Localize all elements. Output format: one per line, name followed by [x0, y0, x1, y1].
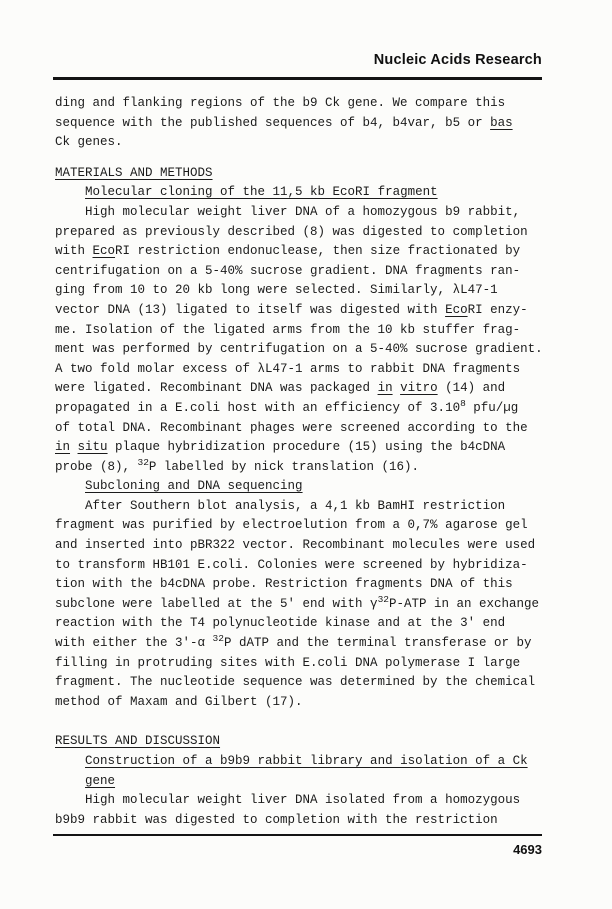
text-line: subclone were labelled at the 5' end wit… — [55, 595, 555, 615]
text-segment: and inserted into pBR322 vector. Recombi… — [55, 538, 535, 552]
text-line: Subcloning and DNA sequencing — [55, 477, 555, 497]
text-segment: propagated in a E.coli host with an effi… — [55, 401, 460, 415]
text-segment: pfu/µg — [466, 401, 519, 415]
text-segment: ment was performed by centrifugation on … — [55, 342, 543, 356]
text-segment: RI enzy- — [468, 303, 528, 317]
text-line: reaction with the T4 polynucleotide kina… — [55, 614, 555, 634]
text-line: sequence with the published sequences of… — [55, 114, 555, 134]
text-segment: High molecular weight liver DNA isolated… — [55, 793, 520, 807]
text-segment: Subcloning and DNA sequencing — [85, 479, 303, 493]
text-segment: with either the 3'-α — [55, 636, 213, 650]
text-segment: in — [378, 381, 393, 395]
text-line: b9b9 rabbit was digested to completion w… — [55, 811, 555, 831]
text-line: After Southern blot analysis, a 4,1 kb B… — [55, 497, 555, 517]
text-line: fragment was purified by electroelution … — [55, 516, 555, 536]
text-segment: gene — [85, 774, 115, 788]
text-line: centrifugation on a 5-40% sucrose gradie… — [55, 262, 555, 282]
header-rule — [53, 77, 542, 80]
text-line: Construction of a b9b9 rabbit library an… — [55, 752, 555, 772]
text-segment: plaque hybridization procedure (15) usin… — [108, 440, 506, 454]
text-segment: RESULTS AND DISCUSSION — [55, 734, 220, 748]
text-segment: P labelled by nick translation (16). — [149, 460, 419, 474]
text-segment: Eco — [445, 303, 468, 317]
text-line: ding and flanking regions of the b9 Ck g… — [55, 94, 555, 114]
text-line: gene — [55, 772, 555, 792]
text-segment: b9b9 rabbit was digested to completion w… — [55, 813, 498, 827]
text-body: ding and flanking regions of the b9 Ck g… — [55, 94, 555, 830]
text-line: RESULTS AND DISCUSSION — [55, 732, 555, 752]
text-line: High molecular weight liver DNA isolated… — [55, 791, 555, 811]
text-segment: centrifugation on a 5-40% sucrose gradie… — [55, 264, 520, 278]
text-segment: fragment was purified by electroelution … — [55, 518, 528, 532]
footer-rule — [53, 834, 542, 836]
text-line: of total DNA. Recombinant phages were sc… — [55, 419, 555, 439]
text-segment: P dATP and the terminal transferase or b… — [224, 636, 532, 650]
text-line: method of Maxam and Gilbert (17). — [55, 693, 555, 713]
text-line: in situ plaque hybridization procedure (… — [55, 438, 555, 458]
text-segment: Ck genes. — [55, 135, 123, 149]
text-line: and inserted into pBR322 vector. Recombi… — [55, 536, 555, 556]
text-segment: A two fold molar excess of λL47-1 arms t… — [55, 362, 520, 376]
text-line: tion with the b4cDNA probe. Restriction … — [55, 575, 555, 595]
text-line: filling in protruding sites with E.coli … — [55, 654, 555, 674]
text-segment: of total DNA. Recombinant phages were sc… — [55, 421, 528, 435]
text-segment: High molecular weight liver DNA of a hom… — [55, 205, 520, 219]
text-segment: subclone were labelled at the 5' end wit… — [55, 597, 378, 611]
text-segment: probe (8), — [55, 460, 138, 474]
text-line: with either the 3'-α 32P dATP and the te… — [55, 634, 555, 654]
text-segment: After Southern blot analysis, a 4,1 kb B… — [55, 499, 505, 513]
text-segment: prepared as previously described (8) was… — [55, 225, 528, 239]
text-segment: P-ATP in an exchange — [389, 597, 539, 611]
text-segment — [55, 479, 85, 493]
text-segment: method of Maxam and Gilbert (17). — [55, 695, 303, 709]
text-line: Molecular cloning of the 11,5 kb EcoRI f… — [55, 183, 555, 203]
text-segment — [393, 381, 401, 395]
text-line: ging from 10 to 20 kb long were selected… — [55, 281, 555, 301]
text-segment: with — [55, 244, 93, 258]
page-number: 4693 — [53, 842, 542, 857]
text-segment: filling in protruding sites with E.coli … — [55, 656, 520, 670]
text-line: ment was performed by centrifugation on … — [55, 340, 555, 360]
text-segment: Construction of a b9b9 rabbit library an… — [85, 754, 528, 768]
text-line: Ck genes. — [55, 133, 555, 153]
text-segment: Molecular cloning of the 11,5 kb EcoRI f… — [85, 185, 438, 199]
text-line: A two fold molar excess of λL47-1 arms t… — [55, 360, 555, 380]
text-segment: were ligated. Recombinant DNA was packag… — [55, 381, 378, 395]
text-line: MATERIALS AND METHODS — [55, 164, 555, 184]
text-segment: to transform HB101 E.coli. Colonies were… — [55, 558, 528, 572]
text-line: probe (8), 32P labelled by nick translat… — [55, 458, 555, 478]
text-segment: RI restriction endonuclease, then size f… — [115, 244, 520, 258]
text-segment — [55, 754, 85, 768]
text-segment: in — [55, 440, 70, 454]
text-line: prepared as previously described (8) was… — [55, 223, 555, 243]
text-segment: fragment. The nucleotide sequence was de… — [55, 675, 535, 689]
text-line: were ligated. Recombinant DNA was packag… — [55, 379, 555, 399]
text-segment — [70, 440, 78, 454]
text-line: with EcoRI restriction endonuclease, the… — [55, 242, 555, 262]
text-segment: (14) and — [438, 381, 506, 395]
text-line: High molecular weight liver DNA of a hom… — [55, 203, 555, 223]
text-segment: MATERIALS AND METHODS — [55, 166, 213, 180]
text-line: to transform HB101 E.coli. Colonies were… — [55, 556, 555, 576]
text-segment: tion with the b4cDNA probe. Restriction … — [55, 577, 513, 591]
text-segment — [55, 185, 85, 199]
text-segment: vector DNA (13) ligated to itself was di… — [55, 303, 445, 317]
text-segment: vitro — [400, 381, 438, 395]
paper-page: Nucleic Acids Research ding and flanking… — [0, 0, 612, 909]
text-segment: ging from 10 to 20 kb long were selected… — [55, 283, 498, 297]
text-segment: bas — [490, 116, 513, 130]
text-segment: reaction with the T4 polynucleotide kina… — [55, 616, 505, 630]
text-segment: me. Isolation of the ligated arms from t… — [55, 323, 520, 337]
text-line: me. Isolation of the ligated arms from t… — [55, 321, 555, 341]
text-line: fragment. The nucleotide sequence was de… — [55, 673, 555, 693]
text-segment: situ — [78, 440, 108, 454]
text-line: vector DNA (13) ligated to itself was di… — [55, 301, 555, 321]
text-segment: ding and flanking regions of the b9 Ck g… — [55, 96, 505, 110]
text-segment: sequence with the published sequences of… — [55, 116, 490, 130]
text-segment — [55, 774, 85, 788]
journal-title: Nucleic Acids Research — [53, 52, 542, 68]
text-line: propagated in a E.coli host with an effi… — [55, 399, 555, 419]
text-segment: Eco — [93, 244, 116, 258]
